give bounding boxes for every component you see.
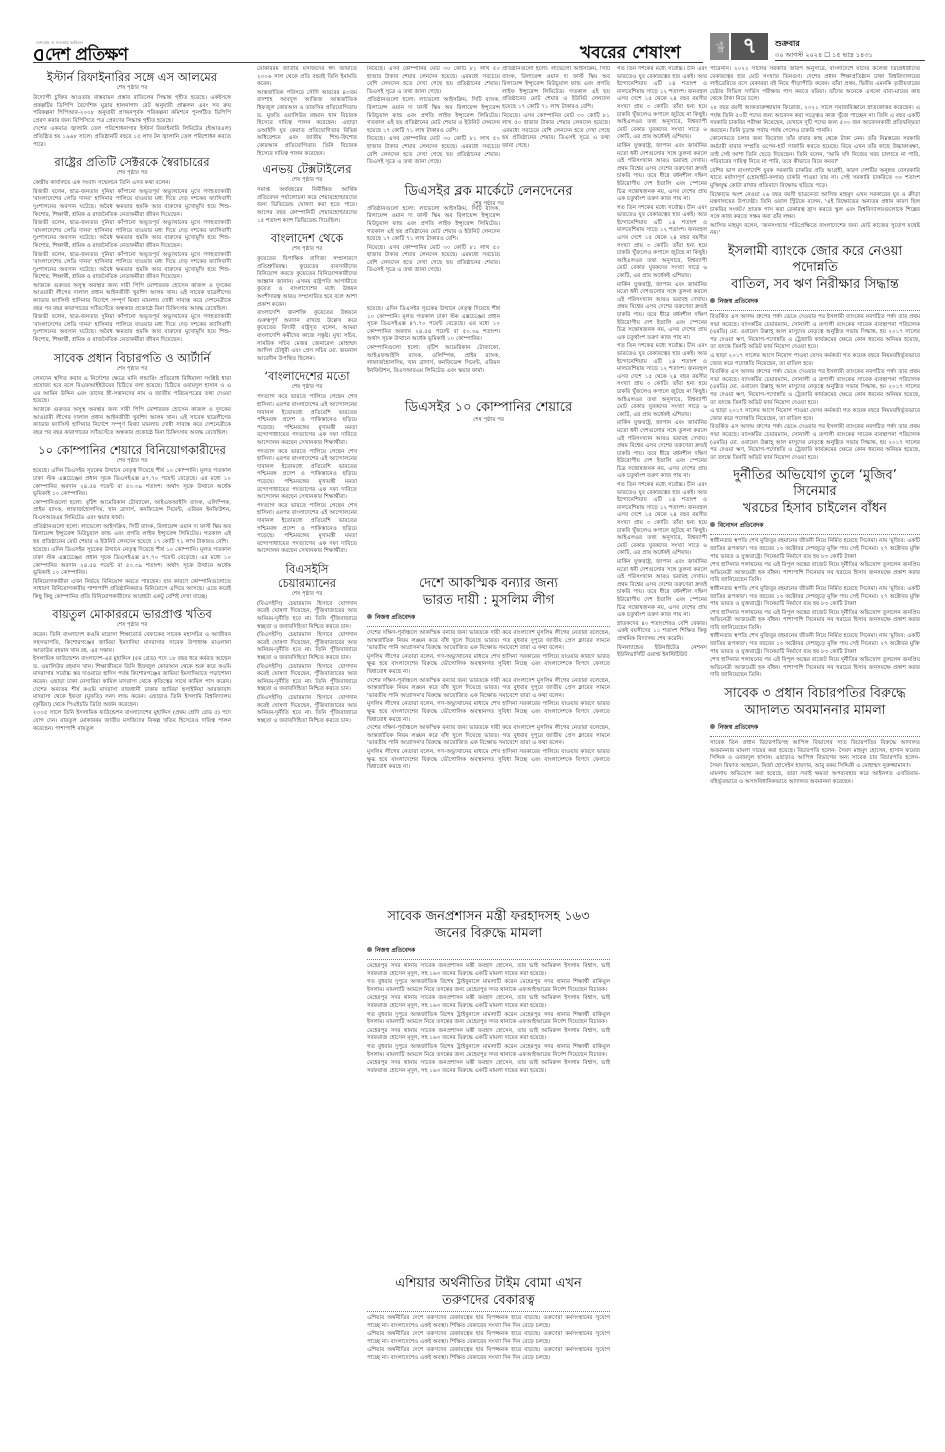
headline[interactable]: খরচের হিসাব চাইলেন বাঁধন (710, 501, 920, 517)
paragraph: প্রতিষ্ঠানগুলো হলো: লাভেলো আইসক্রিম, সিট… (502, 66, 610, 112)
headline[interactable]: ইসলামী ব্যাংকে জোর করে নেওয়া পদোন্নতি (710, 244, 920, 276)
bullet-icon (710, 298, 715, 303)
paragraph: কোম্পানিগুলো হলো: বৃটিশ আমেরিকান টোব্যাক… (33, 500, 231, 523)
story-baitul-mukarram: বায়তুল মোকাররমে ভারপ্রাপ্ত খতিব শেষ পৃষ… (33, 607, 231, 733)
story-dse-ten-heading: ডিএসইর ১০ কোম্পানির শেয়ারে শেষ পৃষ্ঠার … (367, 396, 610, 427)
bullet-icon (367, 947, 372, 952)
paragraph: মামলায় অভিযোগ করা হয়েছে, তারা সবাই ক্ষ… (710, 771, 920, 786)
headline[interactable]: বিএসইসি চেয়ারম্যানের (257, 562, 357, 590)
headline[interactable]: সাবেক জনপ্রশাসন মন্ত্রী ফরহাদসহ ১৬৩ (367, 909, 610, 925)
headline[interactable]: এশিয়ার অর্থনীতির টাইম বোমা এখন (367, 1276, 610, 1292)
headline[interactable]: দেশে আকস্মিক বন্যার জন্য (367, 576, 610, 592)
paragraph: গত বুধবার দুপুরে আন্তর্জাতিক বিশেষ ট্রাই… (367, 979, 610, 994)
paragraph: ফিনল্যান্ডের ইউনাইটেড নেশনস ইউনিভার্সিটি… (617, 645, 707, 660)
continued-note: শেষ পৃষ্ঠার পর (257, 246, 357, 254)
divider (33, 62, 703, 63)
paragraph: শেখ হাসিনার পলায়নের পর এই বিপুল অঙ্কের … (710, 610, 920, 633)
byline: নিজস্ব প্রতিবেদক (367, 945, 610, 956)
paragraph: স্বাধীনতার স্থপতি শেখ মুজিবুর রহমানের জী… (710, 586, 920, 609)
story-asia-right: পারেননি। ২০২২ সালের সরকারি জরিপ অনুসারে,… (710, 66, 920, 238)
headline[interactable]: বাংলাদেশ থেকে (257, 231, 357, 245)
paragraph: সমাপ্ত অর্থবছরের নিরীক্ষিত আর্থিক প্রতিব… (257, 187, 357, 225)
paragraph: মেহেরপুর সদর থানায় সাবেক জনপ্রশাসন মন্ত… (367, 995, 610, 1010)
paragraph: গত তিন দশকের মধ্যে সর্বোচ্চ। চীন এবং ভার… (617, 205, 707, 281)
paragraph: সাবেক তিন প্রধান বিচারপতিসহ আপিল বিভাগের… (710, 740, 920, 770)
byline: নিজস্ব প্রতিবেদক (367, 612, 610, 623)
divider (775, 60, 925, 61)
paragraph: কুয়েতের দ্বিপাক্ষিক বাণিজ্য সম্প্রসারণে… (257, 256, 357, 309)
paragraph: (বিএসইসি) চেয়ারম্যান হিসাবে যোগদান করেই… (257, 601, 357, 631)
paragraph: কোনোমতে চলার জন্য ফিরোজ তাঁর বাবার কাছ থ… (710, 136, 920, 166)
paragraph: মুসলিম লীগের নেতারা বলেন, গণ-অভ্যুত্থানে… (367, 749, 610, 772)
bullet-icon (710, 522, 715, 527)
masthead: দেশপ্রেম ও সততায় অবিচল দেশ প্রতিক্ষণ খব… (0, 0, 945, 60)
story-like-bangladesh: ‘বাংলাদেশের মতো শেষ পৃষ্ঠার পর পদত্যাগ ক… (257, 369, 357, 555)
paragraph: মুসলিম লীগের নেতারা বলেন, গণ-অভ্যুত্থানে… (367, 654, 610, 677)
paragraph: মার্কিন যুক্তরাষ্ট্র, জাপান এবং জার্মানি… (617, 143, 707, 204)
headline[interactable]: তরুণদের বেকারত্ব (367, 1293, 610, 1309)
paragraph: প্রতিষ্ঠানগুলো হলো: লাভেলো আইসক্রিম, সিট… (33, 524, 231, 547)
headline[interactable]: ইস্টার্ন রিফাইনারির সঙ্গে এস আলমের (33, 70, 231, 84)
paragraph: দেশের দক্ষিণ-পূর্বাঞ্চলে আকস্মিক বন্যার … (367, 725, 610, 748)
story-dse-block-heading: ডিএসইর ব্লক মার্কেটে লেনদেনের শেষ পৃষ্ঠা… (367, 180, 610, 211)
paragraph: নিয়েছে। এসব কোম্পানির মোট ৩০ কোটি ৮১ লা… (367, 245, 500, 275)
paragraph: গত তিন দশকের মধ্যে সর্বোচ্চ। চীন এবং ভার… (617, 343, 707, 419)
paragraph: এ ছাড়া ২০১৭ সালের আগে নিয়োগ পাওয়া যেস… (710, 408, 920, 423)
paragraph: শেখ হাসিনার পলায়নের পর এই বিপুল অঙ্কের … (710, 562, 920, 585)
headline[interactable]: দুর্নীতির অভিযোগ তুলে ‘মুজিব’ সিনেমার (710, 468, 920, 500)
paragraph: বিনিয়োগকারীরা এখন নির্ভয়ে বিনিয়োগ করত… (33, 579, 231, 602)
story-state-sector: রাষ্ট্রের প্রতিটি সেক্টরকে স্বৈরাচারের শ… (33, 155, 231, 344)
paragraph: পারেননি। ২০২২ সালের সরকারি জরিপ অনুসারে,… (710, 66, 920, 104)
column-5: গত তিন দশকের মধ্যে সর্বোচ্চ। চীন এবং ভার… (617, 66, 707, 1446)
paragraph: গত তিন দশকের মধ্যে সর্বোচ্চ। চীন এবং ভার… (617, 482, 707, 558)
story-islami-bank: ইসলামী ব্যাংকে জোর করে নেওয়া পদোন্নতি ব… (710, 244, 920, 462)
paragraph: মার্কিন যুক্তরাষ্ট্র, জাপান এবং জার্মানি… (617, 282, 707, 343)
paragraph: প্রতিষ্ঠানগুলো হলো: লাভেলো আইসক্রিম, সিট… (367, 206, 500, 244)
bullet-icon (367, 614, 372, 619)
logo-emblem-icon (34, 49, 43, 61)
paragraph: হয়েছে। এদিন ডিএসইর সূচকের উত্থানে নেতৃত… (33, 547, 231, 577)
paragraph: রিজভী বলেন, ছাত্র-জনতার দুনিয়া কাঁপানো … (33, 189, 231, 219)
continued-note: শেষ পৃষ্ঠার পর (367, 201, 610, 209)
paragraph: ইসলামিক ফাউন্ডেশন বাংলাদেশ-এর মুহাদ্দিস … (33, 656, 231, 709)
paragraph: বিতর্কিত এস আলম গ্রুপের পর্ষদ ভেঙে দেওয়… (710, 314, 920, 352)
paragraph: দেশের দক্ষিণ-পূর্বাঞ্চলে আকস্মিক বন্যার … (367, 630, 610, 653)
paragraph: হয়েছে। এদিন ডিএসইর সূচকের উত্থানে নেতৃত… (367, 306, 500, 344)
paragraph: পদত্যাগ করে ভারতে পালিয়ে গেছেন শেখ হাসি… (257, 449, 357, 502)
story-mujib-film: দুর্নীতির অভিযোগ তুলে ‘মুজিব’ সিনেমার খর… (710, 468, 920, 680)
paragraph: পদত্যাগ করে ভারতে পালিয়ে গেছেন শেখ হাসি… (257, 394, 357, 447)
divider (710, 534, 920, 535)
continued-note: শেষ পৃষ্ঠার পর (33, 366, 231, 374)
headline[interactable]: ‘বাংলাদেশের মতো (257, 369, 357, 383)
paragraph: মেহেরপুর সদর থানায় সাবেক জনপ্রশাসন মন্ত… (367, 1028, 610, 1043)
paragraph: নিয়েছে। এসব কোম্পানির মোট ৩০ কোটি ৮১ লা… (367, 66, 500, 96)
continued-note: শেষ পৃষ্ঠার পর (33, 170, 231, 178)
headline[interactable]: রাষ্ট্রের প্রতিটি সেক্টরকে স্বৈরাচারের (33, 155, 231, 169)
paragraph: কেন্দ্রীয় কার্যালয়ে এক সংবাদ সম্মেলনে … (33, 180, 231, 188)
headline[interactable]: সাবেক ৩ প্রধান বিচারপতির বিরুদ্ধে (710, 686, 920, 702)
paragraph: আজকে গুরুতর অসুস্থ অবস্থার জন্য দায়ী পি… (33, 407, 231, 437)
paragraph: রিজভী বলেন, ছাত্র-জনতার দুনিয়া কাঁপানো … (33, 252, 231, 282)
paragraph: মুসলিম লীগের নেতারা বলেন, গণ-অভ্যুত্থানে… (367, 701, 610, 724)
continued-note: শেষ পৃষ্ঠার পর (367, 417, 610, 425)
column-1: ইস্টার্ন রিফাইনারির সঙ্গে এস আলমের শেষ প… (33, 66, 231, 1446)
column-6: পারেননি। ২০২২ সালের সরকারি জরিপ অনুসারে,… (710, 66, 920, 1446)
paragraph: বেশির ভাগ বাংলাদেশি যুবক সরকারি চাকরির প… (710, 168, 920, 191)
paragraph: প্রতিষ্ঠানগুলো হলো: লাভেলো আইসক্রিম, সিট… (367, 97, 500, 135)
paragraph: এশিয়ার অর্থনীতির দেশে তরুণদের বেকারত্বে… (367, 1331, 610, 1346)
story-chief-justices-contempt: সাবেক ৩ প্রধান বিচারপতির বিরুদ্ধে আদালত … (710, 686, 920, 787)
paragraph: দেশের দক্ষিণ-পূর্বাঞ্চলে আকস্মিক বন্যার … (367, 678, 610, 701)
paragraph: আসিফ মাহমুদ বলেন, 'জনসংখ্যার পরিপ্রেক্ষি… (710, 223, 920, 238)
story-from-bangladesh: বাংলাদেশ থেকে শেষ পৃষ্ঠার পর কুয়েতের দ্… (257, 231, 357, 363)
paragraph: স্নাতকদের ৪০ শতাংশেরও বেশি বেকার। একই বয… (617, 621, 707, 644)
headline[interactable]: ১০ কোম্পানির শেয়ারে বিনিয়োগকারীদের (33, 443, 231, 457)
headline[interactable]: ভারত দায়ী : মুসলিম লীগ (367, 593, 610, 609)
paragraph: (বিএসইসি) চেয়ারম্যান হিসাবে যোগদান করেই… (257, 695, 357, 725)
byline: নিজস্ব প্রতিবেদক (710, 296, 920, 307)
paragraph: দেশের একমাত্র জ্বালানি তেল পরিশোধনাগার ই… (33, 126, 231, 149)
paragraph: পদত্যাগ করে ভারতে পালিয়ে গেছেন শেখ হাসি… (257, 503, 357, 556)
paragraph: ২৮ বছর বয়সী আকতারুজ্জামান ফিরোজ, ২০২১ স… (710, 105, 920, 135)
continued-note: শেষ পৃষ্ঠার পর (33, 85, 231, 93)
column-2: মোকাররম জাতীয় মসজিদের ঈদ জামাতে ২০০৬ সা… (257, 66, 357, 1446)
paragraph: বিতর্কিত এস আলম গ্রুপের পর্ষদ ভেঙে দেওয়… (710, 424, 920, 462)
divider (367, 959, 610, 960)
paragraph: রিজভী বলেন, ছাত্র-জনতার দুনিয়া কাঁপানো … (33, 220, 231, 250)
headline[interactable]: আদালত অবমাননার মামলা (710, 703, 920, 719)
paragraph: এশিয়ার অর্থনীতির দেশে তরুণদের বেকারত্বে… (367, 1347, 610, 1362)
paragraph: গত বুধবার দুপুরে আন্তর্জাতিক বিশেষ ট্রাই… (367, 1012, 610, 1027)
paragraph: মেহেরপুর সদর থানায় সাবেক জনপ্রশাসন মন্ত… (367, 1060, 610, 1075)
paragraph: বিতর্কিত এস আলম গ্রুপের পর্ষদ ভেঙে দেওয়… (710, 369, 920, 407)
paragraph: মার্কিন যুক্তরাষ্ট্র, জাপান এবং জার্মানি… (617, 559, 707, 620)
headline[interactable]: ডিএসইর ব্লক মার্কেটে লেনদেনের (367, 184, 610, 200)
page-label: পৃষ্ঠা (710, 33, 729, 60)
section-title: খবরের শেষাংশ (580, 40, 681, 68)
paragraph: বাংলাদেশি জনশক্তি কুয়েতের উন্নয়নে গুরু… (257, 310, 357, 363)
paragraph: শেখ হাসিনার পলায়নের পর এই বিপুল অঙ্কের … (710, 657, 920, 680)
divider (367, 626, 610, 627)
story-eastern-refinery: ইস্টার্ন রিফাইনারির সঙ্গে এস আলমের শেষ প… (33, 70, 231, 149)
byline: বিনোদন প্রতিবেদক (710, 520, 920, 531)
story-envoy-textiles: এনভয় টেক্সটাইলের শেষ পৃষ্ঠার পর সমাপ্ত … (257, 162, 357, 225)
story-asia-unemployment: এশিয়ার অর্থনীতির টাইম বোমা এখন তরুণদের … (367, 1272, 610, 1452)
paragraph: গত তিন দশকের মধ্যে সর্বোচ্চ। চীন এবং ভার… (617, 66, 707, 142)
paragraph: স্বাধীনতার স্থপতি শেখ মুজিবুর রহমানের জী… (710, 633, 920, 656)
paragraph: মেহেরপুর সদর থানায় সাবেক জনপ্রশাসন মন্ত… (367, 963, 610, 978)
story-sudden-flood: দেশে আকস্মিক বন্যার জন্য ভারত দায়ী : মু… (367, 572, 610, 902)
byline: নিজস্ব প্রতিবেদক (710, 722, 920, 733)
continued-note: শেষ পৃষ্ঠার পর (33, 458, 231, 466)
divider (710, 736, 920, 737)
headline[interactable]: জনের বিরুদ্ধে মামলা (367, 926, 610, 942)
paragraph: এশিয়ার অর্থনীতির দেশে তরুণদের বেকারত্বে… (367, 1315, 610, 1330)
paragraph: রিজভী বলেন, ছাত্র-জনতার দুনিয়া কাঁপানো … (33, 314, 231, 344)
page-number: ৭ (731, 33, 768, 60)
headline[interactable]: সাবেক প্রধান বিচারপতি ও আর্টার্নি (33, 351, 231, 365)
story-farhad-case: সাবেক জনপ্রশাসন মন্ত্রী ফরহাদসহ ১৬৩ জনের… (367, 905, 610, 1270)
headline[interactable]: ডিএসইর ১০ কোম্পানির শেয়ারে (367, 400, 610, 416)
paragraph: গত বুধবার দুপুরে আন্তর্জাতিক বিশেষ ট্রাই… (367, 1044, 610, 1059)
divider (710, 310, 920, 311)
bullet-icon (710, 724, 715, 729)
continued-note: শেষ পৃষ্ঠার পর (257, 591, 357, 599)
paragraph: (বিএসইসি) চেয়ারম্যান হিসাবে যোগদান করেই… (257, 632, 357, 662)
paragraph: আন্তর্জাতিক পরিসরে সৌদি আরবের ৪৩তম বাদশা… (257, 90, 357, 158)
paragraph: (বিএসইসি) চেয়ারম্যান হিসাবে যোগদান করেই… (257, 664, 357, 694)
paragraph: এ ছাড়া ২০১৭ সালের আগে নিয়োগ পাওয়া যেস… (710, 353, 920, 368)
paragraph: মোকাররম জাতীয় মসজিদের ঈদ জামাতে ২০০৬ সা… (257, 66, 357, 89)
story-bsec-chairman: বিএসইসি চেয়ারম্যানের শেষ পৃষ্ঠার পর (বি… (257, 562, 357, 726)
story-ten-companies: ১০ কোম্পানির শেয়ারে বিনিয়োগকারীদের শেষ… (33, 443, 231, 601)
paragraph: নিয়েছে। এসব কোম্পানির মোট ৩০ কোটি ৮১ লা… (502, 113, 610, 151)
paragraph: স্বাধীনতার স্থপতি শেখ মুজিবুর রহমানের জী… (710, 538, 920, 561)
continued-note: শেষ পৃষ্ঠার পর (257, 384, 357, 392)
continued-note: শেষ পৃষ্ঠার পর (257, 177, 357, 185)
headline[interactable]: এনভয় টেক্সটাইলের (257, 162, 357, 176)
paragraph: হয়েছে। এদিন ডিএসইর সূচকের উত্থানে নেতৃত… (33, 468, 231, 498)
continued-note: শেষ পৃষ্ঠার পর (33, 622, 231, 630)
paragraph: মার্কিন যুক্তরাষ্ট্র, জাপান এবং জার্মানি… (617, 420, 707, 481)
paragraph: বিক্ষোভে অংশ নেওয়া ২৬ বছর বয়সী ছাত্রনে… (710, 192, 920, 222)
paragraph: লেনদেন স্থগিত করার এ নির্দেশের ক্ষেত্রে … (33, 376, 231, 406)
paragraph: করেন। তিনি বাংলাদেশ কওমি মাদ্রাসা শিক্ষা… (33, 632, 231, 655)
story-chief-justice: সাবেক প্রধান বিচারপতি ও আর্টার্নি শেষ পৃ… (33, 351, 231, 438)
paragraph: নিয়েছে। এসব কোম্পানির মোট ৩০ কোটি ৮১ লা… (367, 136, 500, 166)
paragraph: ২০০৫ সালে তিনি ইসলামিক ফাউন্ডেশন বাংলাদে… (33, 710, 231, 733)
paragraph: কোম্পানিগুলো হলো: বৃটিশ আমেরিকান টোব্যাক… (367, 345, 500, 375)
paragraph: উদ্যোগী চুক্তির আওতায় বাস্তবায়ন প্রস্ত… (33, 95, 231, 125)
paragraph: আজকে গুরুতর অসুস্থ অবস্থার জন্য দায়ী পি… (33, 283, 231, 313)
divider (367, 1311, 610, 1312)
headline[interactable]: বায়তুল মোকাররমে ভারপ্রাপ্ত খতিব (33, 607, 231, 621)
headline[interactable]: বাতিল, সব ঋণ নিরীক্ষার সিদ্ধান্ত (710, 277, 920, 293)
